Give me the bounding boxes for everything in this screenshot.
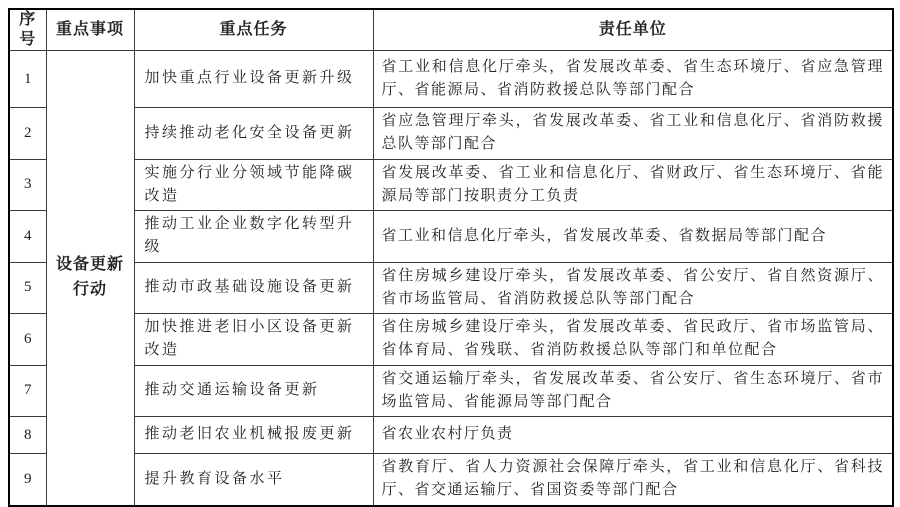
table-row: 1 设备更新行动 加快重点行业设备更新升级 省工业和信息化厅牵头，省发展改革委、…	[9, 51, 893, 108]
task-cell: 推动工业企业数字化转型升级	[134, 211, 373, 263]
task-cell: 实施分行业分领域节能降碳改造	[134, 159, 373, 211]
unit-cell: 省发展改革委、省工业和信息化厅、省财政厅、省生态环境厅、省能源局等部门按职责分工…	[373, 159, 893, 211]
header-serial-number: 序号	[9, 9, 46, 51]
unit-cell: 省交通运输厅牵头，省发展改革委、省公安厅、省生态环境厅、省市场监管局、省能源局等…	[373, 365, 893, 417]
unit-cell: 省工业和信息化厅牵头，省发展改革委、省数据局等部门配合	[373, 211, 893, 263]
table-row: 8 推动老旧农业机械报废更新 省农业农村厅负责	[9, 417, 893, 454]
header-key-item: 重点事项	[46, 9, 134, 51]
table-row: 2 持续推动老化安全设备更新 省应急管理厅牵头，省发展改革委、省工业和信息化厅、…	[9, 108, 893, 160]
unit-cell: 省教育厅、省人力资源社会保障厅牵头，省工业和信息化厅、省科技厅、省交通运输厅、省…	[373, 454, 893, 506]
key-item-group-cell: 设备更新行动	[46, 51, 134, 506]
row-number: 2	[9, 108, 46, 160]
header-responsible-unit: 责任单位	[373, 9, 893, 51]
table-row: 5 推动市政基础设施设备更新 省住房城乡建设厅牵头，省发展改革委、省公安厅、省自…	[9, 262, 893, 314]
table-row: 3 实施分行业分领域节能降碳改造 省发展改革委、省工业和信息化厅、省财政厅、省生…	[9, 159, 893, 211]
task-cell: 推动市政基础设施设备更新	[134, 262, 373, 314]
row-number: 4	[9, 211, 46, 263]
unit-cell: 省住房城乡建设厅牵头，省发展改革委、省民政厅、省市场监管局、省体育局、省残联、省…	[373, 314, 893, 366]
unit-cell: 省工业和信息化厅牵头，省发展改革委、省生态环境厅、省应急管理厅、省能源局、省消防…	[373, 51, 893, 108]
task-cell: 推动交通运输设备更新	[134, 365, 373, 417]
row-number: 5	[9, 262, 46, 314]
row-number: 8	[9, 417, 46, 454]
unit-cell: 省住房城乡建设厅牵头，省发展改革委、省公安厅、省自然资源厅、省市场监管局、省消防…	[373, 262, 893, 314]
responsibility-table: 序号 重点事项 重点任务 责任单位 1 设备更新行动 加快重点行业设备更新升级 …	[8, 8, 894, 507]
row-number: 6	[9, 314, 46, 366]
unit-cell: 省应急管理厅牵头，省发展改革委、省工业和信息化厅、省消防救援总队等部门配合	[373, 108, 893, 160]
header-serial-number-label: 序号	[19, 10, 37, 50]
row-number: 9	[9, 454, 46, 506]
table-row: 4 推动工业企业数字化转型升级 省工业和信息化厅牵头，省发展改革委、省数据局等部…	[9, 211, 893, 263]
table-row: 9 提升教育设备水平 省教育厅、省人力资源社会保障厅牵头，省工业和信息化厅、省科…	[9, 454, 893, 506]
task-cell: 提升教育设备水平	[134, 454, 373, 506]
task-cell: 持续推动老化安全设备更新	[134, 108, 373, 160]
row-number: 7	[9, 365, 46, 417]
header-row: 序号 重点事项 重点任务 责任单位	[9, 9, 893, 51]
task-cell: 加快重点行业设备更新升级	[134, 51, 373, 108]
document-page: 序号 重点事项 重点任务 责任单位 1 设备更新行动 加快重点行业设备更新升级 …	[0, 0, 900, 479]
table-row: 7 推动交通运输设备更新 省交通运输厅牵头，省发展改革委、省公安厅、省生态环境厅…	[9, 365, 893, 417]
table-row: 6 加快推进老旧小区设备更新改造 省住房城乡建设厅牵头，省发展改革委、省民政厅、…	[9, 314, 893, 366]
header-key-task: 重点任务	[134, 9, 373, 51]
row-number: 3	[9, 159, 46, 211]
task-cell: 加快推进老旧小区设备更新改造	[134, 314, 373, 366]
row-number: 1	[9, 51, 46, 108]
task-cell: 推动老旧农业机械报废更新	[134, 417, 373, 454]
unit-cell: 省农业农村厅负责	[373, 417, 893, 454]
